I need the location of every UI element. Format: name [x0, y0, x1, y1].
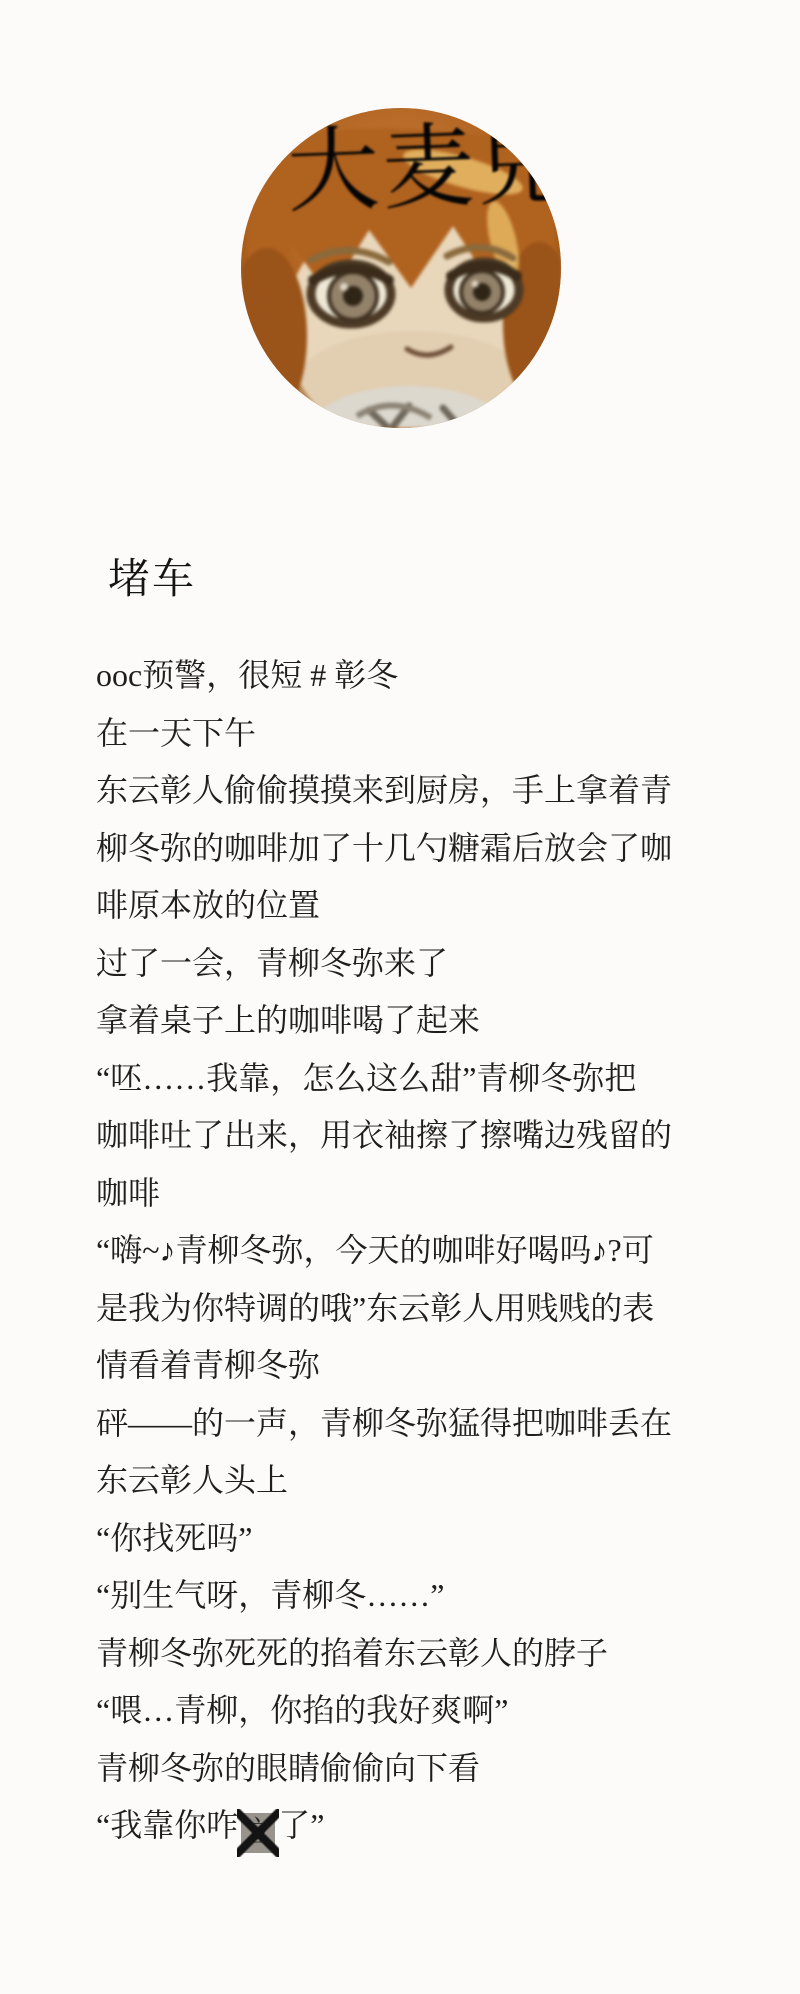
story-line: 青柳冬弥的眼睛偷偷向下看	[96, 1740, 796, 1798]
story-line: 柳冬弥的咖啡加了十几勺糖霜后放会了咖	[96, 820, 796, 878]
censored-line-prefix: “我靠你咋	[96, 1807, 238, 1843]
story-line: 过了一会，青柳冬弥来了	[96, 935, 796, 993]
story-line: “别生气呀，青柳冬……”	[96, 1567, 796, 1625]
story-line: ooc预警，很短 # 彰冬	[96, 647, 796, 705]
page-title: 堵车	[108, 556, 196, 604]
story-line: 是我为你特调的哦”东云彰人用贱贱的表	[96, 1280, 796, 1338]
story-line: “嗨~♪青柳冬弥，今天的咖啡好喝吗♪?可	[96, 1222, 796, 1280]
story-line: 东云彰人头上	[96, 1452, 796, 1510]
story-line: “你找死吗”	[96, 1510, 796, 1568]
avatar-overlay-text: 大麦兒	[285, 108, 561, 231]
story-line: 在一天下午	[96, 705, 796, 763]
censored-line-suffix: 了”	[278, 1807, 324, 1843]
story-line: “喂…青柳，你掐的我好爽啊”	[96, 1682, 796, 1740]
censored-character-box: 立	[241, 1813, 275, 1853]
story-line: 情看着青柳冬弥	[96, 1337, 796, 1395]
story-body: ooc预警，很短 # 彰冬 在一天下午 东云彰人偷偷摸摸来到厨房，手上拿着青 柳…	[96, 647, 796, 1855]
avatar[interactable]: 大麦兒	[241, 108, 561, 428]
story-line: “呸……我靠，怎么这么甜”青柳冬弥把	[96, 1050, 796, 1108]
story-line: 东云彰人偷偷摸摸来到厨房，手上拿着青	[96, 762, 796, 820]
story-line: 青柳冬弥死死的掐着东云彰人的脖子	[96, 1625, 796, 1683]
story-line: 咖啡	[96, 1165, 796, 1223]
story-line: 啡原本放的位置	[96, 877, 796, 935]
story-line-censored: “我靠你咋立了”	[96, 1797, 796, 1855]
story-line: 砰——的一声，青柳冬弥猛得把咖啡丢在	[96, 1395, 796, 1453]
story-line: 咖啡吐了出来，用衣袖擦了擦嘴边残留的	[96, 1107, 796, 1165]
x-mark-icon	[237, 1809, 279, 1857]
story-line: 拿着桌子上的咖啡喝了起来	[96, 992, 796, 1050]
